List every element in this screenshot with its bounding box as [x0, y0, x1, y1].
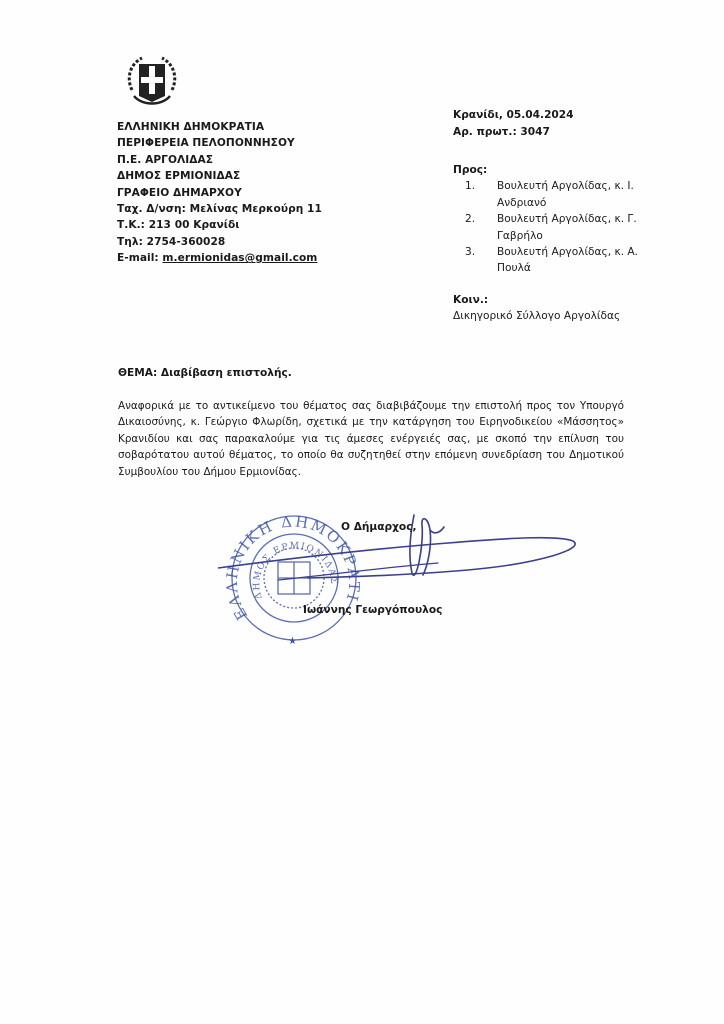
email-label: E-mail: [117, 252, 162, 264]
sender-phone: Τηλ: 2754-360028 [117, 234, 322, 250]
recipient-number: 2. [465, 211, 475, 227]
recipients-title: Προς: [453, 162, 647, 178]
recipient-text: Βουλευτή Αργολίδας, κ. Α. Πουλά [497, 246, 638, 274]
cc-block: Κοιν.: Δικηγορικό Σύλλογο Αργολίδας [453, 292, 620, 325]
cc-title: Κοιν.: [453, 292, 620, 308]
protocol-number: Αρ. πρωτ.: 3047 [453, 124, 574, 141]
recipient-item: 3.Βουλευτή Αργολίδας, κ. Α. Πουλά [453, 244, 647, 277]
sender-line: ΕΛΛΗΝΙΚΗ ΔΗΜΟΚΡΑΤΙΑ [117, 119, 322, 135]
handwritten-signature [218, 505, 608, 605]
cc-text: Δικηγορικό Σύλλογο Αργολίδας [453, 308, 620, 324]
document-meta: Κρανίδι, 05.04.2024 Αρ. πρωτ.: 3047 [453, 107, 574, 140]
subject-line: ΘΕΜΑ: Διαβίβαση επιστολής. [118, 367, 292, 379]
sender-line: ΔΗΜΟΣ ΕΡΜΙΟΝΙΔΑΣ [117, 168, 322, 184]
letter-page: ΕΛΛΗΝΙΚΗ ΔΗΜΟΚΡΑΤΙΑ ΠΕΡΙΦΕΡΕΙΑ ΠΕΛΟΠΟΝΝΗ… [0, 0, 724, 1024]
stamp-star: ★ [288, 636, 297, 647]
mayor-name: Ιωάννης Γεωργόπουλος [303, 604, 442, 616]
mayor-title: Ο Δήμαρχος, [341, 521, 417, 533]
greek-coat-of-arms-icon [122, 52, 182, 112]
sender-line: ΓΡΑΦΕΙΟ ΔΗΜΑΡΧΟΥ [117, 185, 322, 201]
recipient-number: 3. [465, 244, 475, 260]
recipients-block: Προς: 1.Βουλευτή Αργολίδας, κ. Ι. Ανδρια… [453, 162, 647, 277]
recipient-item: 2.Βουλευτή Αργολίδας, κ. Γ. Γαβρήλο [453, 211, 647, 244]
email-link[interactable]: m.ermionidas@gmail.com [162, 252, 317, 264]
recipient-text: Βουλευτή Αργολίδας, κ. Γ. Γαβρήλο [497, 213, 637, 241]
sender-postal-code: Τ.Κ.: 213 00 Κρανίδι [117, 217, 322, 233]
recipients-list: 1.Βουλευτή Αργολίδας, κ. Ι. Ανδριανό 2.Β… [453, 178, 647, 276]
recipient-text: Βουλευτή Αργολίδας, κ. Ι. Ανδριανό [497, 180, 634, 208]
sender-email-row: E-mail: m.ermionidas@gmail.com [117, 250, 322, 266]
sender-address: Ταχ. Δ/νση: Μελίνας Μερκούρη 11 [117, 201, 322, 217]
sender-line: ΠΕΡΙΦΕΡΕΙΑ ΠΕΛΟΠΟΝΝΗΣΟΥ [117, 135, 322, 151]
sender-line: Π.Ε. ΑΡΓΟΛΙΔΑΣ [117, 152, 322, 168]
recipient-number: 1. [465, 178, 475, 194]
recipient-item: 1.Βουλευτή Αργολίδας, κ. Ι. Ανδριανό [453, 178, 647, 211]
body-paragraph: Αναφορικά με το αντικείμενο του θέματος … [118, 398, 624, 480]
sender-block: ΕΛΛΗΝΙΚΗ ΔΗΜΟΚΡΑΤΙΑ ΠΕΡΙΦΕΡΕΙΑ ΠΕΛΟΠΟΝΝΗ… [117, 119, 322, 267]
place-date: Κρανίδι, 05.04.2024 [453, 107, 574, 124]
